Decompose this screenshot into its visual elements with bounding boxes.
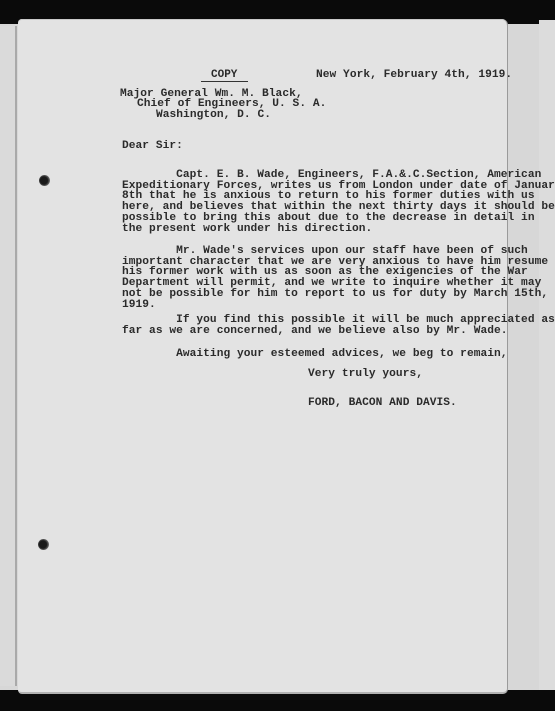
heading-underline xyxy=(201,81,248,82)
paragraph-line: the present work under his direction. xyxy=(122,224,522,235)
punch-hole-icon xyxy=(39,175,50,186)
paragraph-3: If you find this possible it will be muc… xyxy=(122,315,522,336)
paragraph-line: Awaiting your esteemed advices, we beg t… xyxy=(122,349,522,360)
paragraph-line: not be possible for him to report to us … xyxy=(122,289,522,300)
copy-heading: COPY xyxy=(211,69,237,81)
date-line: New York, February 4th, 1919. xyxy=(316,70,512,81)
signature: FORD, BACON AND DAVIS. xyxy=(308,398,457,409)
paragraph-line: possible to bring this about due to the … xyxy=(122,213,522,224)
paragraph-1: Capt. E. B. Wade, Engineers, F.A.&.C.Sec… xyxy=(122,170,522,234)
closing: Very truly yours, xyxy=(308,369,423,380)
letter-page: COPY New York, February 4th, 1919. Major… xyxy=(18,19,508,694)
paragraph-line: 1919. xyxy=(122,300,522,311)
paragraph-2: Mr. Wade's services upon our staff have … xyxy=(122,246,522,310)
paragraph-line: far as we are concerned, and we believe … xyxy=(122,326,522,337)
addressee-line: Washington, D. C. xyxy=(156,110,271,121)
left-page-edge xyxy=(0,26,17,686)
paragraph-4: Awaiting your esteemed advices, we beg t… xyxy=(122,349,522,360)
punch-hole-icon xyxy=(38,539,49,550)
salutation: Dear Sir: xyxy=(122,141,183,152)
right-page-edge xyxy=(539,20,555,690)
